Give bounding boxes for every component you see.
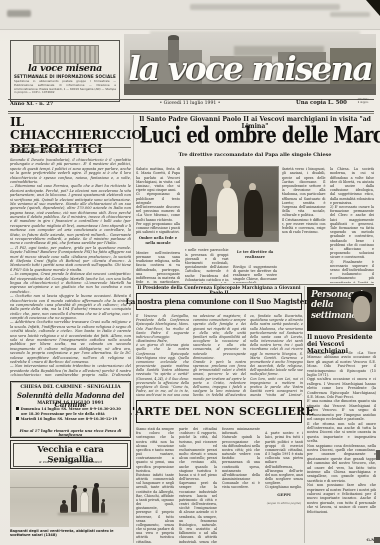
info-box-fine-print: Spedizione in abbonamento postale gruppo… <box>14 80 116 95</box>
portrait-face-shape <box>353 296 370 322</box>
standing-figure <box>71 489 77 512</box>
bleedthrough-bar <box>330 12 370 17</box>
carmine-item-sub: ore 18.30 Processione per le vie della c… <box>21 412 131 416</box>
main-article-deck: Tre direttive raccomandate dal Papa alle… <box>136 152 374 158</box>
third-article-column-2: parte dei cittadini «subisce» il rapport… <box>179 427 217 543</box>
main-article-column-4: darietà verso i bisognosi, gli anziani, … <box>282 163 326 283</box>
rail-article-body: Nell'ultimo numero de «La Voce Misena» a… <box>307 351 376 537</box>
woman-white-dress-figure <box>80 492 89 513</box>
city-etching-image <box>33 45 99 64</box>
subhead-ombre: Ombre nella fede e nella morale <box>136 236 180 245</box>
seated-figure <box>60 504 68 513</box>
carmine-date: MARTEDÌ 16 LUGLIO 1991 <box>11 401 130 406</box>
bishop-figure-right <box>244 190 263 237</box>
personaggio-box: Personaggio della settimana <box>307 287 376 331</box>
third-col4-text: A parte nostro e i laici, primi fra tutt… <box>265 431 303 489</box>
main-article-column-1: Sabato mattina, festa di S. Maria Gorett… <box>136 163 180 283</box>
second-article-column-2: na adesione al magistero; il cammino com… <box>193 314 246 396</box>
pope-audience-photo <box>184 166 279 242</box>
senigallia-byline: a cura di Girolimeti, Moscucci <box>11 459 130 464</box>
scan-edge-mark <box>376 450 380 460</box>
rule <box>8 111 374 112</box>
left-article-body: Secondo il Devoto (vocabolario), il chia… <box>10 158 131 377</box>
second-article-column-3: za, fondata sulla Eucaristia, quotidiana… <box>250 314 303 396</box>
senigallia-feature-box: Vecchia e cara Senigallia a cura di Giro… <box>10 440 131 469</box>
rule <box>136 284 374 285</box>
continuation-note: (segue in ultima pagina) <box>265 502 303 506</box>
price-note: Arretrato il doppio <box>352 99 374 105</box>
carmine-announcement-box: CHIESA DEL CARMINE - SENIGALLIA Solennit… <box>10 381 131 438</box>
second-article-headline-box: La nostra piena comunione con il Suo Mag… <box>136 293 302 310</box>
third-article-column-4: A parte nostro e i laici, primi fra tutt… <box>265 427 303 543</box>
third-article-column-3: fossero minimamente informati. Naturale … <box>222 427 260 543</box>
main-col1-text: Mentre nell'entroterra permane una sana … <box>136 251 180 283</box>
third-article-signature: GEPPI <box>265 493 303 498</box>
second-article-column-1: Il Vescovo di Senigallia, Presidente del… <box>136 314 189 396</box>
info-box-title: la voce misena <box>11 63 119 74</box>
masthead-title: la voce misena <box>124 52 376 85</box>
carmine-item: Martedì 16 luglio: SS. Messe ore 8-9-10.… <box>16 417 126 421</box>
scan-smudge <box>7 10 31 17</box>
third-article-column-1: Siamo stati da sempre fra coloro che sos… <box>136 427 174 543</box>
third-article-headline: L'ARTE DEL NON SCEGLIERE <box>124 405 314 418</box>
carmine-item: Domenica 14 luglio: SS. Messe ore 8-9-10… <box>16 407 126 411</box>
main-col3-text: Rivolgo il suggerimento di queste tre di… <box>233 265 277 283</box>
masthead-info-box: la voce misena SETTIMANALE DI INFORMAZIO… <box>10 40 120 102</box>
child-figure <box>101 502 105 513</box>
copy-price: Una copia L. 500 <box>296 100 347 106</box>
pope-figure-white <box>217 188 238 234</box>
second-article-headline: La nostra piena comunione con il Suo Mag… <box>126 297 313 306</box>
beach-photo-caption: Bagnanti degli anni venti-trenta, abbigl… <box>10 529 130 537</box>
scan-edge-mark <box>374 537 380 543</box>
vintage-beach-photo <box>10 470 129 527</box>
horizon-line <box>10 487 129 488</box>
main-article-headline: Luci ed ombre delle Marche <box>140 123 371 149</box>
main-col1-intro: Sabato mattina, festa di S. Maria Gorett… <box>136 167 180 234</box>
main-article-column-5: la Chiesa. La società moderna, in cui si… <box>330 163 374 283</box>
carmine-footer: Fino al 17 luglio rimarrà aperta una ric… <box>11 429 130 437</box>
main-col2-text: e nelle vostre parrocchie la presenza di… <box>185 248 229 283</box>
standing-figure <box>92 487 99 513</box>
newspaper-page: la voce misena SETTIMANALE DI INFORMAZIO… <box>0 0 380 545</box>
masthead-photo: la voce misena <box>124 34 376 95</box>
carmine-header: CHIESA DEL CARMINE - SENIGALLIA <box>11 385 130 390</box>
third-article-headline-box: L'ARTE DEL NON SCEGLIERE <box>136 400 302 423</box>
bleedthrough-bar <box>190 4 340 10</box>
main-col5-text: la Chiesa. La società moderna, in cui si… <box>330 167 374 283</box>
rule <box>8 113 374 114</box>
left-article-title: IL CHIACCHIERICCIO DEI POLITICI <box>10 115 132 155</box>
column-rule <box>133 115 134 543</box>
carmine-item-text: Domenica 14 luglio: SS. Messe ore 8-9-10… <box>21 407 121 411</box>
main-col4-text: darietà verso i bisognosi, gli anziani, … <box>282 167 326 234</box>
square-bullet-icon <box>16 417 19 420</box>
carmine-item-text: Martedì 16 luglio: SS. Messe ore 8-9-10.… <box>21 417 118 421</box>
issue-date: • Giovedì 11 luglio 1991 • <box>130 101 250 106</box>
rail-article-signature: G.N. <box>307 537 376 542</box>
issue-number: Anno XL - n. 27 <box>10 101 53 107</box>
carmine-item-text: ore 18.30 Processione per le vie della c… <box>21 412 105 416</box>
bishop-figure-left <box>191 184 207 236</box>
square-bullet-icon <box>16 407 19 410</box>
left-article-byline: di Giuseppe Cionchi <box>10 150 132 155</box>
subhead-direttive: Le tre direttive da realizzare <box>233 250 277 259</box>
rule <box>10 147 131 148</box>
dome-shape <box>168 35 179 40</box>
figure-shadows <box>58 513 108 515</box>
